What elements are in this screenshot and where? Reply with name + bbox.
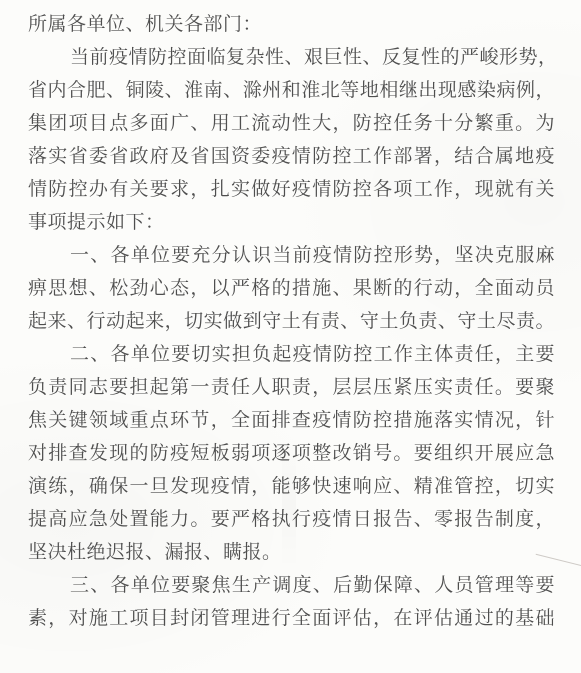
text-line: 痹思想、松劲心态，以严格的措施、果断的行动，全面动员: [28, 272, 555, 305]
text-line: 素，对施工项目封闭管理进行全面评估，在评估通过的基础: [28, 602, 555, 635]
text-line: 所属各单位、机关各部门：: [28, 8, 555, 41]
text-line: 集团项目点多面广、用工流动性大，防控任务十分繁重。为: [28, 107, 555, 140]
text-line: 演练，确保一旦发现疫情，能够快速响应、精准管控，切实: [28, 470, 555, 503]
text-line: 二、各单位要切实担负起疫情防控工作主体责任，主要: [28, 338, 555, 371]
scanned-document-page: 所属各单位、机关各部门：当前疫情防控面临复杂性、艰巨性、反复性的严峻形势，省内合…: [0, 0, 581, 673]
text-line: 提高应急处置能力。要严格执行疫情日报告、零报告制度，: [28, 503, 555, 536]
text-line: 三、各单位要聚焦生产调度、后勤保障、人员管理等要: [28, 569, 555, 602]
document-body-text: 所属各单位、机关各部门：当前疫情防控面临复杂性、艰巨性、反复性的严峻形势，省内合…: [28, 8, 555, 635]
text-line: 坚决杜绝迟报、漏报、瞒报。: [28, 536, 555, 569]
text-line: 当前疫情防控面临复杂性、艰巨性、反复性的严峻形势，: [28, 41, 555, 74]
text-line: 负责同志要担起第一责任人职责，层层压紧压实责任。要聚: [28, 371, 555, 404]
text-line: 事项提示如下：: [28, 206, 555, 239]
text-line: 焦关键领域重点环节，全面排查疫情防控措施落实情况，针: [28, 404, 555, 437]
text-line: 起来、行动起来，切实做到守土有责、守土负责、守土尽责。: [28, 305, 555, 338]
text-line: 对排查发现的防疫短板弱项逐项整改销号。要组织开展应急: [28, 437, 555, 470]
text-line: 落实省委省政府及省国资委疫情防控工作部署，结合属地疫: [28, 140, 555, 173]
text-line: 一、各单位要充分认识当前疫情防控形势，坚决克服麻: [28, 239, 555, 272]
text-line: 情防控办有关要求，扎实做好疫情防控各项工作，现就有关: [28, 173, 555, 206]
text-line: 省内合肥、铜陵、淮南、滁州和淮北等地相继出现感染病例，: [28, 74, 555, 107]
